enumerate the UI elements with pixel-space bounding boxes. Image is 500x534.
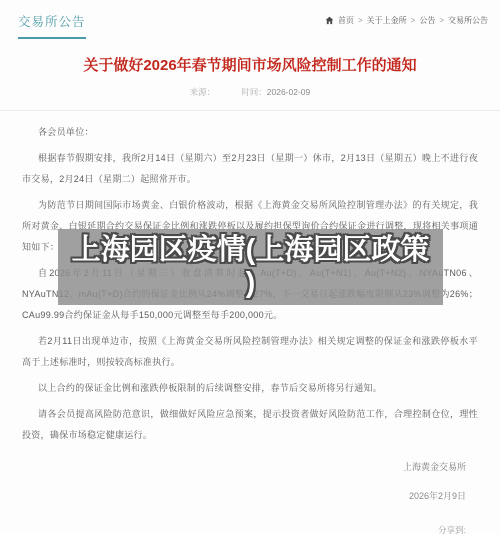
breadcrumb-about[interactable]: 关于上金所 [367, 15, 407, 26]
paragraph-margin-adjustment: 自2026年2月11日（星期三）收盘清算时起，Au(T+D)、Au(T+N1)、… [22, 263, 478, 326]
page-title: 交易所公告 [18, 12, 86, 39]
article-meta: 来源：时间：2026-02-09 [0, 86, 500, 98]
breadcrumb-separator: > [411, 16, 416, 25]
paragraph-risk-intro: 为防范节日期间国际市场黄金、白银价格波动，根据《上海黄金交易所风险控制管理办法》… [22, 195, 478, 258]
signature-org: 上海黄金交易所 [22, 460, 466, 473]
paragraph-one-sided-market: 若2月11日出现单边市，按照《上海黄金交易所风险控制管理办法》相关规定调整的保证… [22, 331, 478, 373]
paragraph-member-advice: 请各会员提高风险防范意识，做细做好风险应急预案，提示投资者做好风险防范工作，合理… [22, 404, 478, 446]
breadcrumb-current: 交易所公告 [448, 15, 488, 26]
paragraph-salutation: 各会员单位： [22, 122, 478, 143]
article-body: 各会员单位： 根据春节假期安排，我所2月14日（星期六）至2月23日（星期一）休… [0, 111, 500, 502]
breadcrumb: 首页 > 关于上金所 > 公告 > 交易所公告 [325, 15, 488, 26]
article-title: 关于做好2026年春节期间市场风险控制工作的通知 [40, 56, 460, 76]
source-label: 来源： [190, 87, 216, 97]
share-label: 分享到: [438, 524, 466, 534]
exchange-announcement-page: 交易所公告 首页 > 关于上金所 > 公告 > 交易所公告 关于做好2026年春… [0, 0, 500, 534]
time-value: 2026-02-09 [267, 87, 310, 97]
breadcrumb-separator: > [439, 16, 444, 25]
breadcrumb-home[interactable]: 首页 [338, 15, 354, 26]
paragraph-followup-notice: 以上合约的保证金比例和涨跌停板限制的后续调整安排，春节后交易所将另行通知。 [22, 378, 478, 399]
signature-date: 2026年2月9日 [22, 489, 466, 502]
home-icon[interactable] [325, 16, 334, 25]
breadcrumb-announcements[interactable]: 公告 [419, 15, 435, 26]
top-bar: 交易所公告 首页 > 关于上金所 > 公告 > 交易所公告 [0, 0, 500, 38]
paragraph-holiday-schedule: 根据春节假期安排，我所2月14日（星期六）至2月23日（星期一）休市，2月13日… [22, 148, 478, 190]
breadcrumb-separator: > [358, 16, 363, 25]
time-label: 时间： [241, 87, 267, 97]
signature-block: 上海黄金交易所 2026年2月9日 [22, 460, 478, 502]
